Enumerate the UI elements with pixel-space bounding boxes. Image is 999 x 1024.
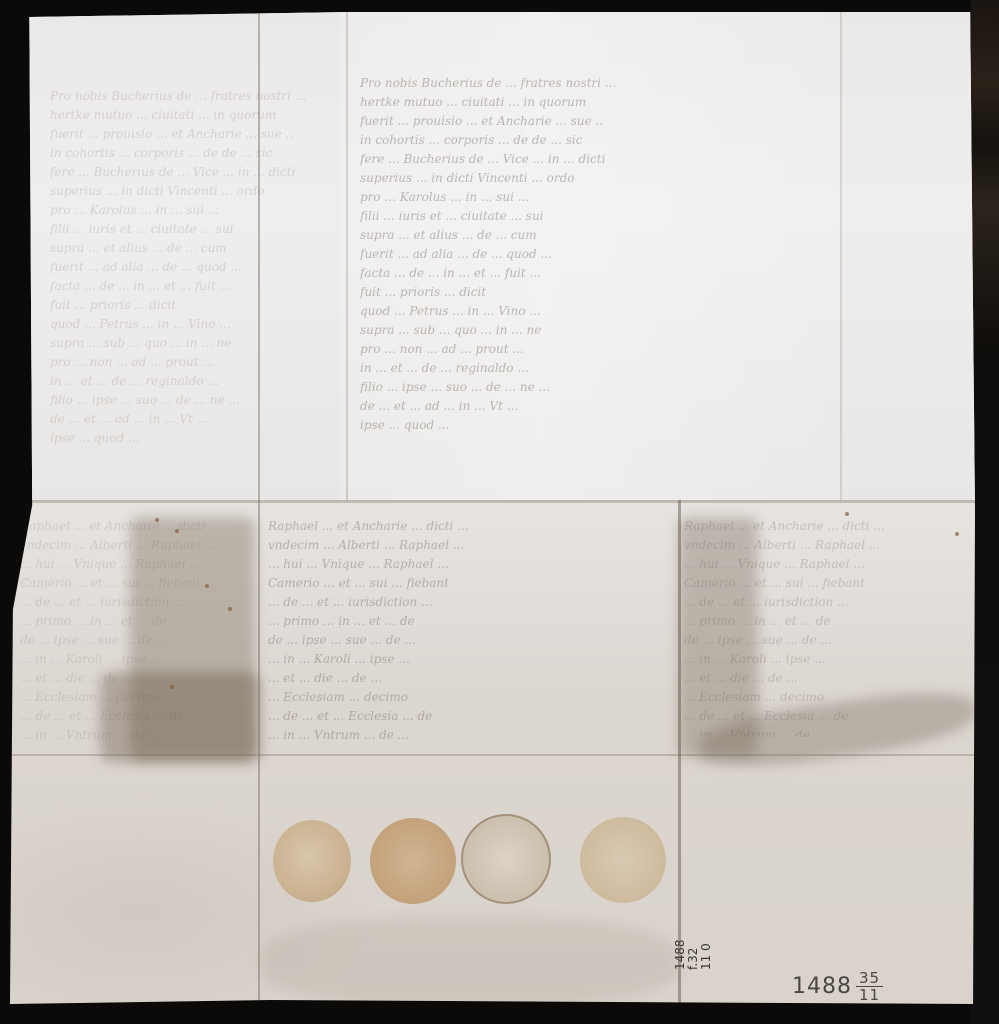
side-annotation-line: 11 0: [700, 939, 713, 970]
photograph: Pro nobis Bucherius de ... fratres nostr…: [0, 0, 999, 1024]
archival-shelfmark: 1488 35 11: [792, 970, 883, 1003]
horizontal-fold-line: [10, 754, 975, 756]
wax-seal-impression-1: [273, 820, 351, 902]
shelfmark-fraction: 35 11: [856, 970, 883, 1003]
wax-seal-impression-2: [370, 818, 456, 904]
parchment-sheet: Pro nobis Bucherius de ... fratres nostr…: [10, 12, 975, 1008]
show-through-handwriting-lower-center: Raphael ... et Ancharie ... dicti ... vn…: [268, 517, 678, 817]
shelfmark-number: 1488: [792, 974, 852, 999]
vertical-fold-line: [678, 500, 681, 1008]
fraction-numerator: 35: [856, 970, 883, 987]
water-stain: [260, 917, 680, 1007]
archival-side-annotation: 1488 f.32 11 0: [674, 939, 713, 970]
vertical-fold-line: [258, 12, 260, 1008]
wooden-surface: [971, 0, 999, 1024]
show-through-handwriting-main: Pro nobis Bucherius de ... fratres nostr…: [360, 74, 830, 494]
water-stain: [100, 672, 260, 762]
horizontal-fold-line: [10, 500, 975, 503]
fraction-denominator: 11: [859, 987, 880, 1003]
wax-seal-impression-3: [461, 814, 551, 904]
show-through-handwriting-left: Pro nobis Bucherius de ... fratres nostr…: [50, 87, 340, 497]
wax-seal-impression-4: [580, 817, 666, 903]
vertical-fold-line: [346, 12, 348, 500]
vertical-fold-line: [840, 12, 842, 500]
